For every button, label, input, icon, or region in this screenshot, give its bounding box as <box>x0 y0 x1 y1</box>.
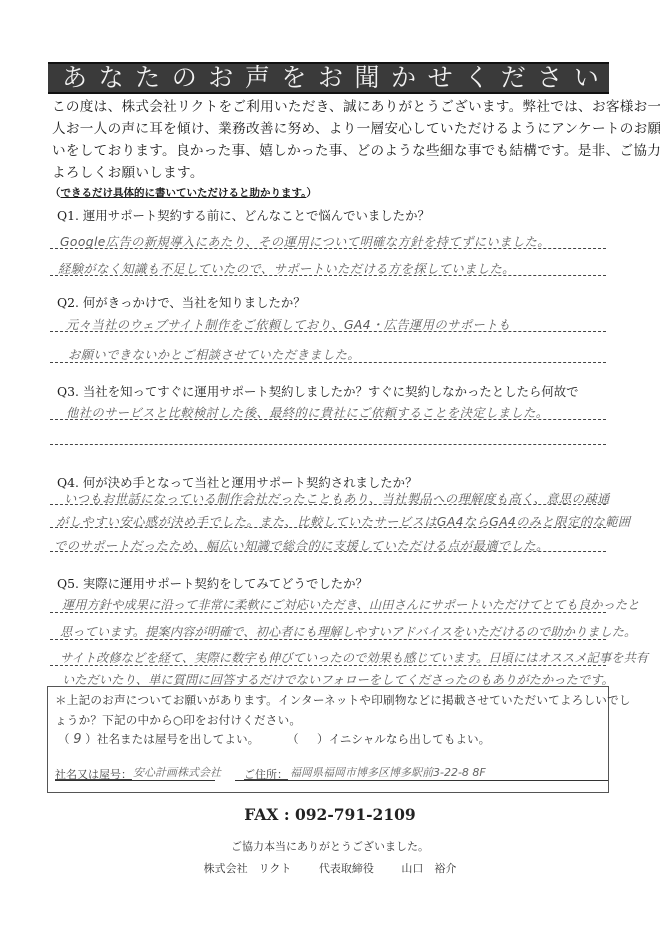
note-paren-close: ） <box>306 187 317 199</box>
title-char: だ <box>501 63 526 93</box>
intro-line: 人お一人の声に耳を傾け、業務改善に努め、より一層安心していただけるようにアンケー… <box>52 118 612 140</box>
title-char: あ <box>62 63 87 93</box>
question-2: Q2. 何がきっかけで、当社を知りましたか？ <box>57 293 306 311</box>
consent-option-company-name[interactable]: （ 9 ）社名または屋号を出してよい。 <box>58 731 259 747</box>
answer-rule <box>50 527 606 528</box>
title-char: の <box>172 63 197 93</box>
intro-paragraph: この度は、株式会社リクトをご利用いただき、誠にありがとうございます。弊社では、お… <box>52 96 612 200</box>
answer-5-line-3: サイト改修などを経て、実際に数字も伸びていったので効果も感じています。日頃にはオ… <box>60 648 648 666</box>
title-char: 聞 <box>355 63 380 93</box>
title-char: な <box>99 63 124 93</box>
title-char: 声 <box>245 63 270 93</box>
intro-line: よろしくお願いします。 <box>52 162 612 184</box>
note-paren-open: （ <box>50 187 61 199</box>
answer-rule <box>50 331 606 332</box>
company-name-value[interactable]: 安心計画株式会社 <box>133 764 221 780</box>
title-char: い <box>574 63 599 93</box>
address-value[interactable]: 福岡県福岡市博多区博多駅前3-22-8 8F <box>290 764 486 780</box>
company-name-underline <box>55 780 215 781</box>
answer-rule <box>50 504 606 505</box>
answer-rule <box>50 551 606 552</box>
note-text: できるだけ具体的に書いていただけると助かります。 <box>61 187 307 199</box>
title-char: せ <box>428 63 453 93</box>
title-char: お <box>318 63 343 93</box>
answer-rule <box>50 639 606 640</box>
intro-line: いをしております。良かった事、嬉しかった事、どのような些細な事でも結構です。是非… <box>52 140 612 162</box>
option-label: イニシャルなら出してもよい。 <box>329 732 491 746</box>
signature: 株式会社 リクト 代表取締役 山口 裕介 <box>0 860 660 876</box>
question-5: Q5. 実際に運用サポート契約をしてみてどうでしたか？ <box>57 574 368 592</box>
answer-2-line-2: お願いできないかとご相談させていただきました。 <box>68 345 360 363</box>
intro-line: この度は、株式会社リクトをご利用いただき、誠にありがとうございます。弊社では、お… <box>52 96 612 118</box>
representative-name: 山口 裕介 <box>401 862 456 875</box>
survey-title-banner: あ な た の お 声 を お 聞 か せ く だ さ い <box>48 62 609 94</box>
consent-option-initials[interactable]: （ ）イニシャルなら出してもよい。 <box>287 731 490 747</box>
option-label: 社名または屋号を出してよい。 <box>97 732 259 746</box>
answer-rule <box>50 665 606 666</box>
circle-mark: 9 <box>73 732 81 747</box>
title-char: く <box>464 63 489 93</box>
consent-text-line-1: ＊上記のお声についてお願いがあります。インターネットや印刷物などに掲載させていた… <box>55 692 631 708</box>
answer-rule <box>50 275 606 276</box>
answer-5-line-1: 運用方針や成果に沿って非常に柔軟にご対応いただき、山田さんにサポートいただけてと… <box>62 595 639 613</box>
title-char: を <box>281 63 306 93</box>
title-char: か <box>391 63 416 93</box>
title-char: さ <box>537 63 562 93</box>
answer-rule <box>50 248 606 249</box>
title-char: お <box>208 63 233 93</box>
company-name: 株式会社 リクト <box>204 862 292 875</box>
answer-rule <box>50 419 606 420</box>
consent-text-line-2: ょうか？下記の中から○印をお付けください。 <box>55 712 301 728</box>
question-1: Q1. 運用サポート契約する前に、どんなことで悩んでいましたか？ <box>57 206 430 224</box>
answer-5-line-2: 思っています。提案内容が明確で、初心者にも理解しやすいアドバイスをいただけるので… <box>60 622 636 640</box>
answer-rule <box>50 444 606 445</box>
answer-rule <box>50 612 606 613</box>
representative-title: 代表取締役 <box>319 862 374 875</box>
title-char: た <box>135 63 160 93</box>
thanks-message: ご協力本当にありがとうございました。 <box>0 838 660 854</box>
address-underline <box>235 780 608 781</box>
answer-rule <box>50 362 606 363</box>
question-3: Q3. 当社を知ってすぐに運用サポート契約しましたか？すぐに契約しなかったとした… <box>57 382 579 400</box>
intro-note: （できるだけ具体的に書いていただけると助かります。） <box>50 185 612 200</box>
fax-number: FAX : 092-791-2109 <box>0 805 660 824</box>
